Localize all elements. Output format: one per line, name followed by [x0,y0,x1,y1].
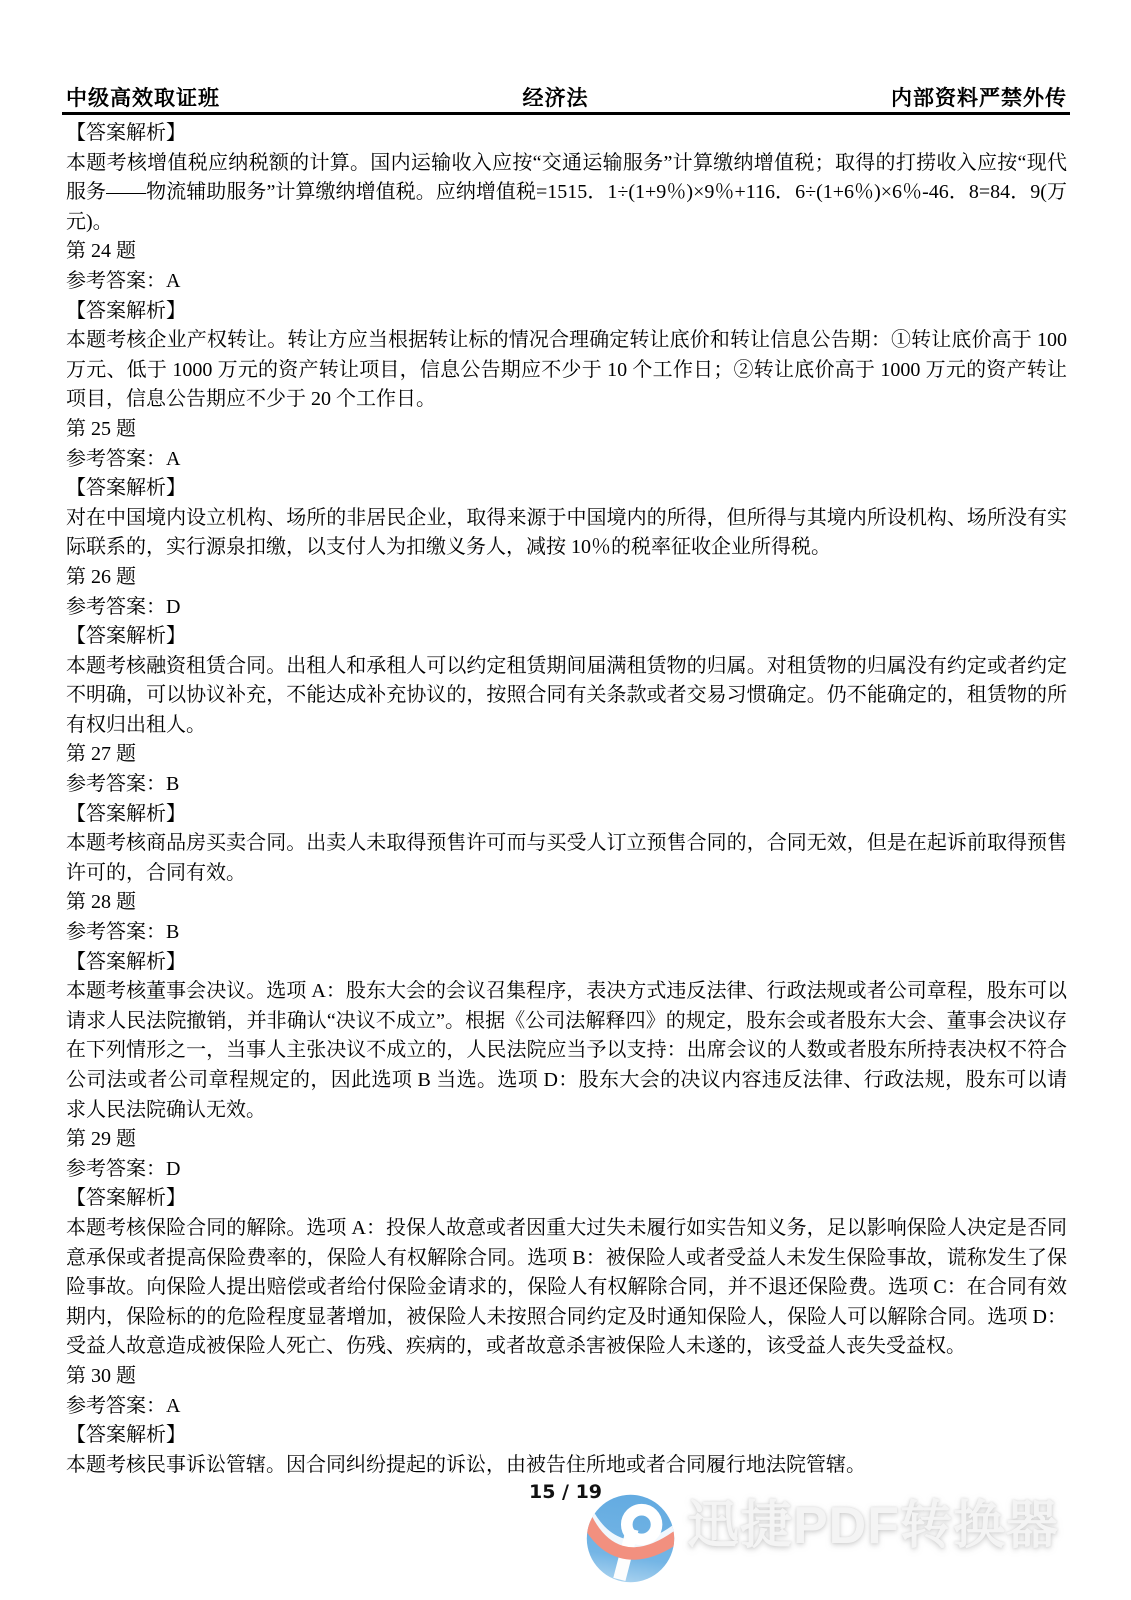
question-section: 第 28 题 参考答案：B 【答案解析】 本题考核董事会决议。选项 A：股东大会… [66,888,1067,1125]
header-course-title: 中级高效取证班 [66,82,220,112]
analysis-heading: 【答案解析】 [66,297,1067,327]
document-page: 中级高效取证班 经济法 内部资料严禁外传 【答案解析】 本题考核增值税应纳税额的… [0,0,1131,1600]
analysis-text: 本题考核董事会决议。选项 A：股东大会的会议召集程序，表决方式违反法律、行政法规… [66,977,1067,1125]
question-number: 第 30 题 [66,1362,1067,1392]
header-rule [62,112,1070,115]
analysis-heading: 【答案解析】 [66,622,1067,652]
analysis-text: 对在中国境内设立机构、场所的非居民企业，取得来源于中国境内的所得，但所得与其境内… [66,504,1067,563]
analysis-text: 本题考核融资租赁合同。出租人和承租人可以约定租赁期间届满租赁物的归属。对租赁物的… [66,652,1067,741]
analysis-text: 本题考核保险合同的解除。选项 A：投保人故意或者因重大过失未履行如实告知义务，足… [66,1214,1067,1362]
question-number: 第 27 题 [66,740,1067,770]
reference-answer: 参考答案：D [66,593,1067,623]
analysis-sections: 【答案解析】 本题考核增值税应纳税额的计算。国内运输收入应按“交通运输服务”计算… [66,119,1067,1480]
header-confidential-notice: 内部资料严禁外传 [891,82,1067,112]
analysis-heading: 【答案解析】 [66,474,1067,504]
reference-answer: 参考答案：A [66,267,1067,297]
page-header: 中级高效取证班 经济法 内部资料严禁外传 [66,82,1067,112]
question-section: 第 25 题 参考答案：A 【答案解析】 对在中国境内设立机构、场所的非居民企业… [66,415,1067,563]
question-number: 第 26 题 [66,563,1067,593]
reference-answer: 参考答案：B [66,918,1067,948]
question-section: 第 30 题 参考答案：A 【答案解析】 本题考核民事诉讼管辖。因合同纠纷提起的… [66,1362,1067,1480]
question-number: 第 25 题 [66,415,1067,445]
header-subject-title: 经济法 [523,82,589,112]
reference-answer: 参考答案：D [66,1155,1067,1185]
analysis-heading: 【答案解析】 [66,800,1067,830]
question-number: 第 28 题 [66,888,1067,918]
question-section: 【答案解析】 本题考核增值税应纳税额的计算。国内运输收入应按“交通运输服务”计算… [66,119,1067,237]
analysis-heading: 【答案解析】 [66,1184,1067,1214]
question-section: 第 29 题 参考答案：D 【答案解析】 本题考核保险合同的解除。选项 A：投保… [66,1125,1067,1362]
analysis-text: 本题考核商品房买卖合同。出卖人未取得预售许可而与买受人订立预售合同的，合同无效，… [66,829,1067,888]
reference-answer: 参考答案：A [66,445,1067,475]
question-section: 第 26 题 参考答案：D 【答案解析】 本题考核融资租赁合同。出租人和承租人可… [66,563,1067,741]
question-number: 第 29 题 [66,1125,1067,1155]
watermark-text: 迅捷PDF转换器 [687,1496,1059,1556]
analysis-heading: 【答案解析】 [66,1421,1067,1451]
analysis-heading: 【答案解析】 [66,119,1067,149]
analysis-text: 本题考核增值税应纳税额的计算。国内运输收入应按“交通运输服务”计算缴纳增值税；取… [66,149,1067,238]
analysis-text: 本题考核企业产权转让。转让方应当根据转让标的情况合理确定转让底价和转让信息公告期… [66,326,1067,415]
analysis-text: 本题考核民事诉讼管辖。因合同纠纷提起的诉讼，由被告住所地或者合同履行地法院管辖。 [66,1451,1067,1481]
question-number: 第 24 题 [66,237,1067,267]
xunjie-pdf-converter-logo-icon [584,1492,677,1585]
analysis-heading: 【答案解析】 [66,948,1067,978]
reference-answer: 参考答案：A [66,1392,1067,1422]
question-section: 第 24 题 参考答案：A 【答案解析】 本题考核企业产权转让。转让方应当根据转… [66,237,1067,415]
reference-answer: 参考答案：B [66,770,1067,800]
question-section: 第 27 题 参考答案：B 【答案解析】 本题考核商品房买卖合同。出卖人未取得预… [66,740,1067,888]
